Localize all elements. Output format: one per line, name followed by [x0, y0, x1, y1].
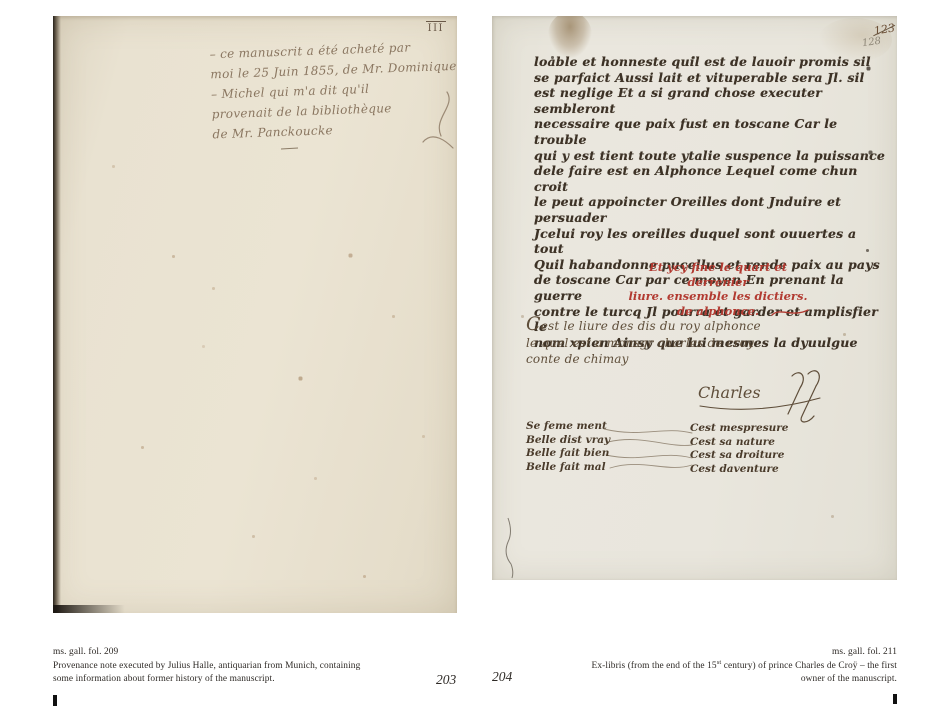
verse-quatrain: Se feme ment Belle dist vray Belle fait … [492, 420, 897, 490]
caption-text: Ex-libris (from the end of the 15 [592, 661, 717, 671]
caption-text: century) of prince Charles de Croÿ – the… [721, 661, 897, 671]
rubric-line: Et ycy fine le quart et derrenier [620, 260, 816, 289]
exlibris-line: conte de chimay [526, 351, 826, 368]
rubric-colophon: Et ycy fine le quart et derrenier liure.… [620, 260, 816, 318]
manuscript-text-line: se parfaict Aussi lait et vituperable se… [534, 70, 890, 86]
scan-corner-shadow [53, 605, 131, 613]
left-caption: ms. gall. fol. 209 Provenance note execu… [53, 646, 405, 687]
page-number-203: 203 [436, 672, 456, 688]
crop-mark-right [893, 694, 897, 704]
verse-connector-strokes [522, 420, 842, 480]
ink-stain [548, 16, 592, 58]
ink-specks [492, 16, 493, 17]
rubric-line: liure. ensemble les dictiers. [620, 289, 816, 304]
manuscript-text-line: le peut appoincter Oreilles dont Jnduire… [534, 194, 890, 225]
paraph-flourish [415, 90, 457, 152]
crop-mark-left [53, 695, 57, 706]
page-number-204: 204 [492, 669, 512, 685]
right-caption-line: Ex-libris (from the end of the 15st cent… [545, 660, 897, 674]
manuscript-text-line: Jcelui roy les oreilles duquel sont ouue… [534, 226, 890, 257]
left-caption-line: some information about former history of… [53, 673, 405, 687]
manuscript-text-line: loable et honneste quil est de lauoir pr… [534, 54, 890, 70]
manuscript-text-line: qui y est tient toute ytalie suspence la… [534, 148, 890, 164]
signature-name: Charles [698, 383, 761, 402]
right-caption: ms. gall. fol. 211 Ex-libris (from the e… [545, 646, 897, 687]
charles-signature: Charles [692, 368, 842, 428]
foxing-specks [53, 16, 54, 17]
book-spread: III – ce manuscrit a été acheté par moi … [0, 0, 950, 706]
right-caption-line: owner of the manuscript. [545, 673, 897, 687]
exlibris-line: Cest le liure des dis du roy alphonce [526, 316, 826, 335]
left-manuscript-photo: III – ce manuscrit a été acheté par moi … [53, 16, 457, 613]
manuscript-text-line: dele faire est en Alphonce Lequel come c… [534, 163, 890, 194]
manuscript-text-line: est neglige Et a si grand chose executer… [534, 85, 890, 116]
ink-dash [281, 148, 298, 150]
parchment-crease [496, 516, 526, 580]
exlibris-line: le quel est a monsgr charles de croy [526, 335, 826, 352]
left-shelfmark: ms. gall. fol. 209 [53, 646, 405, 660]
left-caption-line: Provenance note executed by Julius Halle… [53, 660, 405, 674]
quire-mark: III [426, 21, 446, 34]
scan-gutter-shadow [53, 16, 61, 613]
signature-drawing: Charles [692, 368, 842, 428]
manuscript-text-line: necessaire que paix fust en toscane Car … [534, 116, 890, 147]
exlibris-note: Cest le liure des dis du roy alphonce le… [526, 316, 826, 368]
right-manuscript-photo: 123 128 loable et honneste quil est de l… [492, 16, 897, 580]
